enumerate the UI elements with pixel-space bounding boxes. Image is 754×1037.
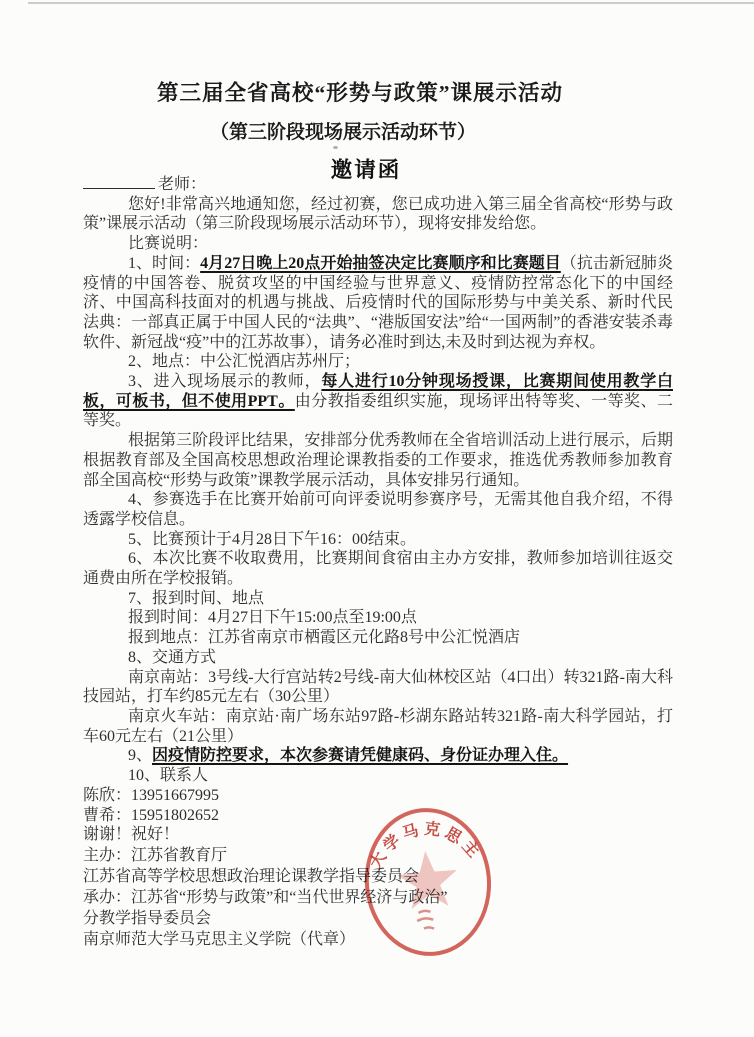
paragraph: 6、本次比赛不收取费用，比赛期间食宿由主办方安排，教师参加培训往返交通费由所在学…: [83, 549, 673, 588]
text-segment: 比赛说明：: [128, 235, 208, 252]
paragraph: 8、交通方式: [83, 648, 673, 668]
document-title: 第三届全省高校“形势与政策”课展示活动: [60, 76, 660, 107]
paragraph: 1、时间：4月27日晚上20点开始抽签决定比赛顺序和比赛题目（抗击新冠肺炎疫情的…: [83, 254, 673, 353]
signature-org-line: 分教学指导委员会: [83, 909, 673, 930]
paragraph: 5、比赛预计于4月28日下午16：00结束。: [83, 530, 673, 550]
paragraph: 比赛说明：: [83, 234, 673, 254]
salutation-blank-underline: [83, 175, 155, 189]
text-segment: 谢谢！祝好！: [83, 826, 179, 843]
signature-role-label: 主办：: [83, 847, 131, 864]
salutation-text: 老师：: [158, 176, 206, 193]
text-segment: 曹希：15951802652: [83, 807, 219, 824]
signature-org-name: 江苏省“形势与政策”和“当代世界经济与政治”: [131, 889, 447, 906]
paragraph: 南京火车站：南京站·南广场东站97路-杉湖东路站转321路-南大科学园站，打车6…: [83, 707, 673, 746]
paragraph: 4、参赛选手在比赛开始前可向评委说明参赛序号，无需其他自我介绍，不得透露学校信息…: [83, 490, 673, 529]
document-subtitle: （第三阶段现场展示活动环节）: [43, 117, 643, 144]
text-segment: 根据第三阶段评比结果，安排部分优秀教师在全省培训活动上进行展示，后期根据教育部及…: [83, 432, 673, 488]
text-segment: 9、: [128, 747, 152, 764]
paragraph: 陈欣：13951667995: [83, 786, 673, 806]
signature-org-line: 南京师范大学马克思主义学院（代章）: [83, 930, 673, 951]
letter-body: 老师： 您好!非常高兴地通知您，经过初赛，您已成功进入第三届全省高校“形势与政策…: [83, 175, 673, 950]
paragraph: 7、报到时间、地点: [83, 589, 673, 609]
scan-edge-artifact: [28, 2, 754, 4]
emphasis-text: 因疫情防控要求，本次参赛请凭健康码、身份证办理入住。: [152, 747, 568, 764]
document-header: 第三届全省高校“形势与政策”课展示活动 （第三阶段现场展示活动环节） 邀请函: [60, 76, 660, 184]
text-segment: 3、进入现场展示的教师，: [128, 373, 321, 390]
signature-org-name: 南京师范大学马克思主义学院（代章）: [83, 931, 355, 948]
signature-org-line: 江苏省高等学校思想政治理论课教学指导委员会: [83, 867, 673, 888]
paragraph: 10、联系人: [83, 766, 673, 786]
signature-org-name: 江苏省高等学校思想政治理论课教学指导委员会: [83, 868, 419, 885]
text-segment: 您好!非常高兴地通知您，经过初赛，您已成功进入第三届全省高校“形势与政策”课展示…: [83, 196, 673, 233]
paragraph: 曹希：15951802652: [83, 806, 673, 826]
text-segment: 4、参赛选手在比赛开始前可向评委说明参赛序号，无需其他自我介绍，不得透露学校信息…: [83, 491, 673, 528]
text-segment: 南京南站：3号线-大行宫站转2号线-南大仙林校区站（4口出）转321路-南大科技…: [83, 669, 673, 706]
text-segment: 陈欣：13951667995: [83, 787, 219, 804]
signature-block: 主办：江苏省教育厅江苏省高等学校思想政治理论课教学指导委员会承办：江苏省“形势与…: [83, 846, 673, 951]
paragraph: 2、地点：中公汇悦酒店苏州厅；: [83, 352, 673, 372]
signature-role-line: 承办：江苏省“形势与政策”和“当代世界经济与政治”: [83, 888, 673, 909]
signature-role-label: 承办：: [83, 889, 131, 906]
text-segment: 10、联系人: [128, 767, 208, 784]
paragraph: 根据第三阶段评比结果，安排部分优秀教师在全省培训活动上进行展示，后期根据教育部及…: [83, 431, 673, 490]
signature-org-name: 江苏省教育厅: [131, 847, 227, 864]
paragraph: 南京南站：3号线-大行宫站转2号线-南大仙林校区站（4口出）转321路-南大科技…: [83, 668, 673, 707]
paragraph: 9、因疫情防控要求，本次参赛请凭健康码、身份证办理入住。: [83, 746, 673, 766]
signature-org-name: 分教学指导委员会: [83, 910, 211, 927]
text-segment: 5、比赛预计于4月28日下午16：00结束。: [128, 531, 416, 548]
paragraph: 您好!非常高兴地通知您，经过初赛，您已成功进入第三届全省高校“形势与政策”课展示…: [83, 195, 673, 234]
text-segment: 报到地点：江苏省南京市栖霞区元化路8号中公汇悦酒店: [128, 629, 520, 646]
text-segment: 报到时间：4月27日下午15:00点至19:00点: [128, 609, 417, 626]
text-segment: 7、报到时间、地点: [128, 590, 264, 607]
scanned-document-page: 第三届全省高校“形势与政策”课展示活动 （第三阶段现场展示活动环节） 邀请函 老…: [0, 0, 754, 1037]
text-segment: 8、交通方式: [128, 649, 216, 666]
text-segment: 南京火车站：南京站·南广场东站97路-杉湖东路站转321路-南大科学园站，打车6…: [83, 708, 673, 745]
paragraph: 谢谢！祝好！: [83, 825, 673, 845]
salutation-line: 老师：: [83, 175, 673, 195]
text-segment: 1、时间：: [128, 255, 200, 272]
paragraph: 报到时间：4月27日下午15:00点至19:00点: [83, 608, 673, 628]
emphasis-text: 4月27日晚上20点开始抽签决定比赛顺序和比赛题目: [200, 255, 561, 272]
signature-role-line: 主办：江苏省教育厅: [83, 846, 673, 867]
paragraphs-container: 您好!非常高兴地通知您，经过初赛，您已成功进入第三届全省高校“形势与政策”课展示…: [83, 195, 673, 845]
paragraph: 3、进入现场展示的教师，每人进行10分钟现场授课，比赛期间使用教学白板，可板书，…: [83, 372, 673, 431]
paragraph: 报到地点：江苏省南京市栖霞区元化路8号中公汇悦酒店: [83, 628, 673, 648]
text-segment: 2、地点：中公汇悦酒店苏州厅；: [128, 353, 360, 370]
text-segment: 6、本次比赛不收取费用，比赛期间食宿由主办方安排，教师参加培训往返交通费由所在学…: [83, 550, 673, 587]
